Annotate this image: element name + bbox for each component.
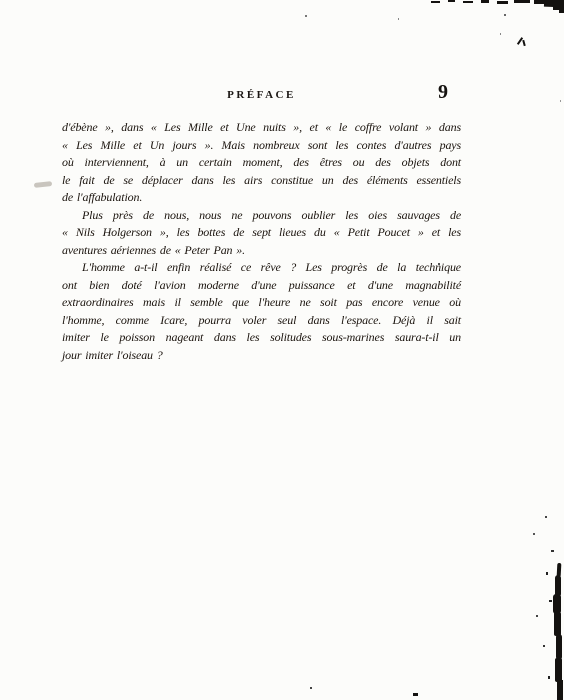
ink-speck [398, 18, 399, 20]
text-line: aventures aériennes de « Peter Pan ». [62, 242, 461, 260]
scan-dash [481, 0, 489, 3]
text-line: « Les Mille et Un jours ». Mais nombreux… [62, 137, 461, 155]
ink-speck [545, 516, 547, 518]
text-line: le fait de se déplacer dans les airs con… [62, 172, 461, 190]
ink-speck [551, 550, 554, 552]
ink-speck [546, 572, 548, 575]
scan-dash [431, 1, 440, 3]
streak-segment [554, 612, 561, 636]
preface-body-text: d'ébène », dans « Les Mille et Une nuits… [62, 119, 461, 364]
ink-speck [536, 615, 538, 617]
page-header: PRÉFACE 9 [62, 86, 461, 111]
pen-tick-mark [522, 40, 525, 46]
scan-dash [514, 0, 530, 3]
streak-segment [553, 594, 561, 614]
text-line: L'homme a-t-il enfin réalisé ce rêve ? L… [62, 259, 461, 277]
ink-speck [533, 533, 535, 535]
ink-speck [543, 645, 545, 647]
text-line: d'ébène », dans « Les Mille et Une nuits… [62, 119, 461, 137]
text-line: où interviennent, à un certain moment, d… [62, 154, 461, 172]
text-line: Plus près de nous, nous ne pouvons oubli… [62, 207, 461, 225]
text-line: jour imiter l'oiseau ? [62, 347, 461, 365]
page-number: 9 [438, 81, 448, 104]
text-line: « Nils Holgerson », les bottes de sept l… [62, 224, 461, 242]
book-page: PRÉFACE 9 d'ébène », dans « Les Mille et… [0, 0, 564, 700]
text-line: ont bien doté l'avion moderne d'une puis… [62, 277, 461, 295]
ink-speck [549, 600, 552, 602]
ink-speck [504, 14, 506, 16]
streak-segment [557, 680, 563, 700]
text-line: l'homme, comme Icare, pourra voler seul … [62, 312, 461, 330]
ink-speck [560, 100, 561, 102]
ink-speck [438, 263, 440, 265]
text-line: extraordinaires mais il semble que l'heu… [62, 294, 461, 312]
ink-speck [548, 676, 550, 679]
streak-segment [556, 634, 562, 660]
text-line: de l'affabulation. [62, 189, 461, 207]
ink-blob-top-right [559, 9, 564, 13]
scan-dash [463, 1, 473, 3]
ink-speck [310, 687, 312, 689]
ink-speck [500, 33, 501, 35]
text-line: imiter le poisson nageant dans les solit… [62, 329, 461, 347]
running-header-title: PRÉFACE [62, 89, 461, 101]
streak-segment [555, 658, 562, 682]
scan-dash [497, 1, 508, 4]
scan-dash [448, 0, 455, 2]
ink-speck [305, 15, 307, 17]
pencil-smudge [34, 181, 52, 188]
page-content: PRÉFACE 9 d'ébène », dans « Les Mille et… [62, 86, 461, 364]
ink-dash-bottom [413, 693, 418, 696]
